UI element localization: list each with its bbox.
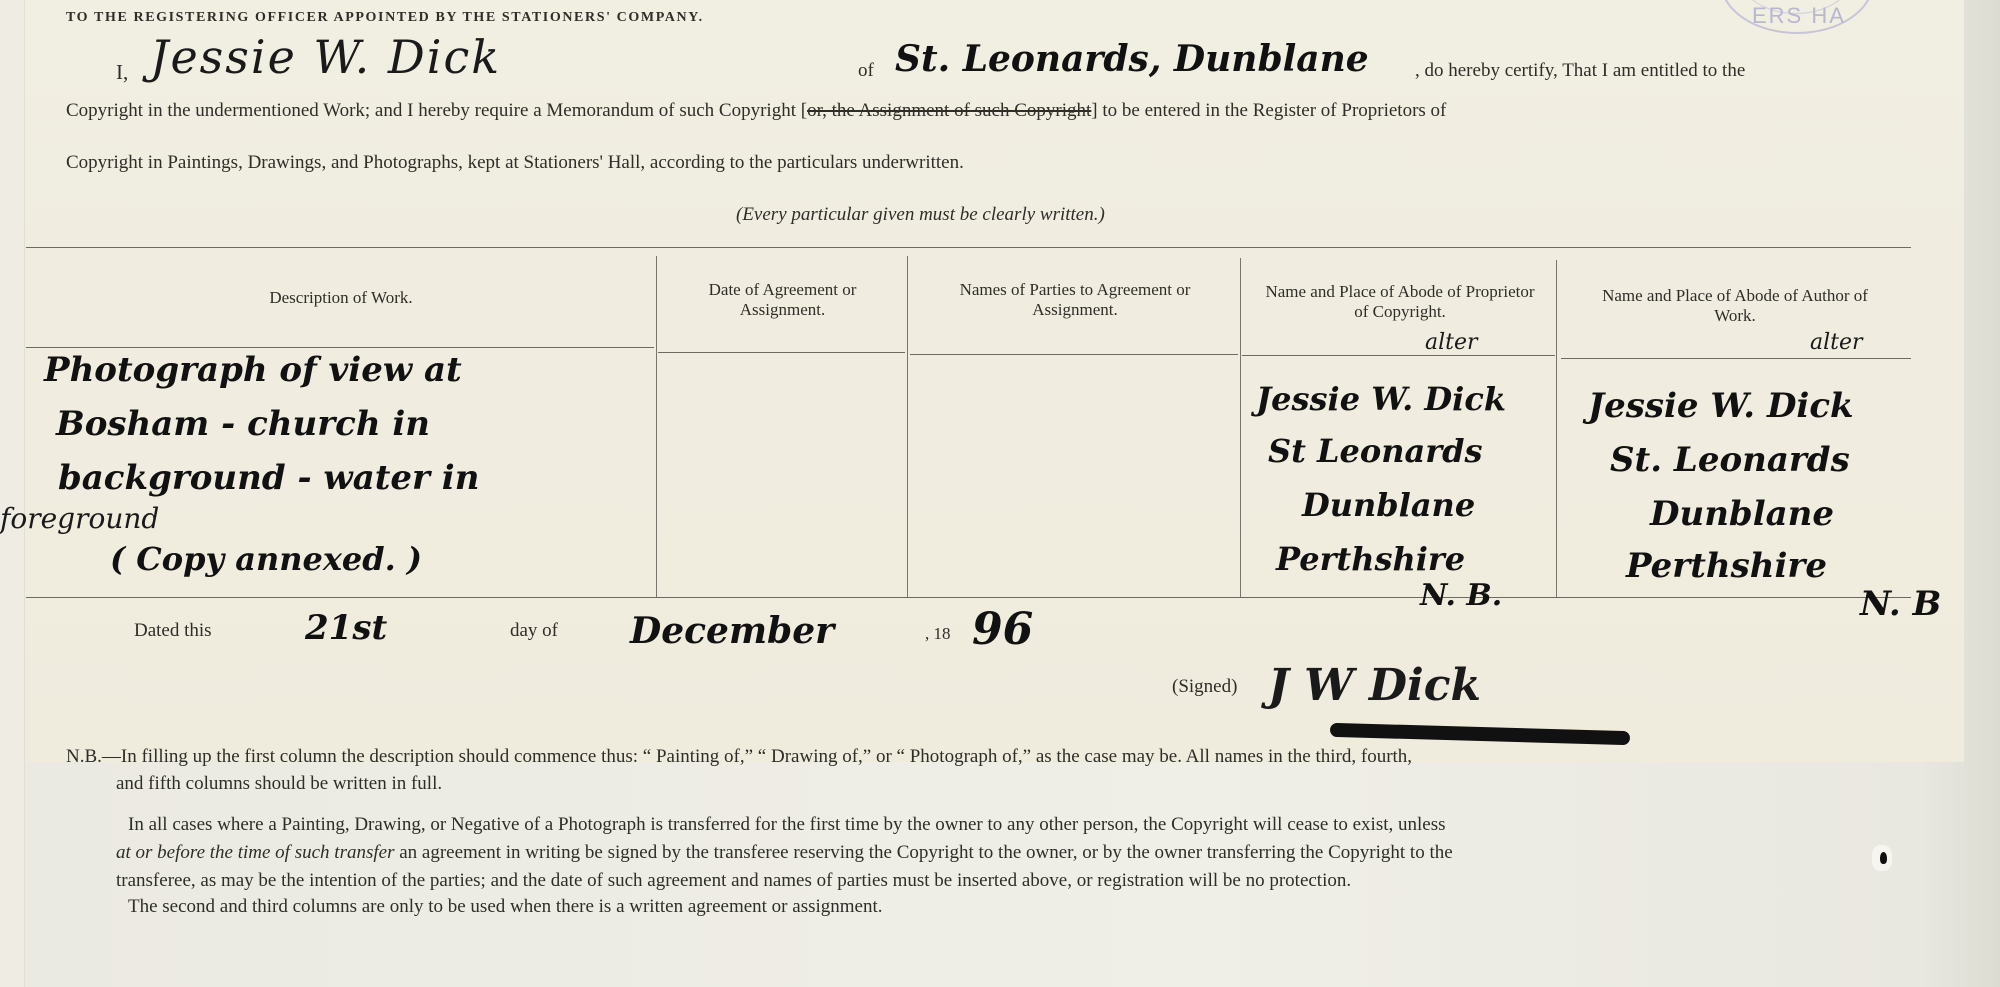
header-rule-col1 bbox=[26, 347, 654, 348]
year-suffix[interactable]: 96 bbox=[972, 604, 1033, 655]
nb-line-2: and fifth columns should be written in f… bbox=[116, 771, 442, 796]
table-bottom-rule bbox=[26, 597, 1911, 598]
notes-para-2-line-2-rest: an agreement in writing be signed by the… bbox=[394, 842, 1452, 863]
col-divider-1 bbox=[656, 256, 657, 597]
description-line-1[interactable]: Photograph of view at bbox=[44, 350, 462, 390]
col-divider-2 bbox=[907, 256, 908, 597]
notes-para-3: The second and third columns are only to… bbox=[128, 894, 883, 919]
copyright-line-2: Copyright in the undermentioned Work; an… bbox=[66, 100, 1446, 122]
form-heading: TO THE REGISTERING OFFICER APPOINTED BY … bbox=[66, 10, 704, 26]
col-divider-3 bbox=[1240, 258, 1241, 597]
header-author: Name and Place of Abode of Author of Wor… bbox=[1590, 286, 1880, 326]
nb-line-1: N.B.—In filling up the first column the … bbox=[66, 744, 1412, 769]
author-name[interactable]: Jessie W. Dick bbox=[1588, 386, 1854, 426]
proprietor-address-1[interactable]: St Leonards bbox=[1268, 432, 1482, 470]
col-divider-4 bbox=[1556, 260, 1557, 597]
proprietor-address-4[interactable]: N. B. bbox=[1420, 578, 1502, 613]
notes-para-2-line-2: at or before the time of such transfer a… bbox=[116, 840, 1453, 865]
description-line-2[interactable]: Bosham - church in bbox=[56, 404, 430, 444]
dated-month[interactable]: December bbox=[630, 610, 834, 652]
notes-para-2-line-3: transferee, as may be the intention of t… bbox=[116, 868, 1351, 893]
certify-text: , do hereby certify, That I am entitled … bbox=[1415, 60, 1745, 82]
dated-day[interactable]: 21st bbox=[305, 608, 387, 648]
description-line-4[interactable]: foreground bbox=[0, 502, 159, 535]
applicant-address[interactable]: St. Leonards, Dunblane bbox=[895, 38, 1369, 80]
dated-label: Dated this bbox=[134, 620, 212, 642]
ink-spot bbox=[1880, 852, 1887, 864]
names-of-parties-cell[interactable] bbox=[911, 360, 1238, 596]
applicant-name[interactable]: Jessie W. Dick bbox=[150, 30, 501, 84]
day-of-label: day of bbox=[510, 620, 558, 642]
author-insertion: alter bbox=[1810, 330, 1863, 355]
proprietor-address-3[interactable]: Perthshire bbox=[1276, 540, 1465, 578]
header-rule-col2 bbox=[658, 352, 905, 353]
of-label: of bbox=[858, 60, 874, 82]
signed-label: (Signed) bbox=[1172, 676, 1237, 698]
notes-para-2-line-1: In all cases where a Painting, Drawing, … bbox=[128, 812, 1446, 837]
copyright-line-3: Copyright in Paintings, Drawings, and Ph… bbox=[66, 152, 964, 174]
author-address-4[interactable]: N. B bbox=[1860, 584, 1941, 624]
paper-left-edge bbox=[0, 0, 25, 987]
author-address-1[interactable]: St. Leonards bbox=[1610, 440, 1850, 480]
year-prefix: , 18 bbox=[925, 624, 951, 644]
author-address-3[interactable]: Perthshire bbox=[1626, 546, 1827, 586]
line2-start: Copyright in the undermentioned Work; an… bbox=[66, 100, 807, 121]
header-names-of-parties: Names of Parties to Agreement or Assignm… bbox=[930, 280, 1220, 320]
description-line-5[interactable]: ( Copy annexed. ) bbox=[110, 540, 422, 578]
table-top-rule bbox=[26, 247, 1911, 248]
author-address-2[interactable]: Dunblane bbox=[1650, 494, 1834, 534]
i-label: I, bbox=[116, 60, 128, 85]
date-of-agreement-cell[interactable] bbox=[660, 360, 905, 596]
proprietor-name[interactable]: Jessie W. Dick bbox=[1256, 380, 1506, 418]
instruction-text: (Every particular given must be clearly … bbox=[736, 204, 1105, 226]
header-rule-col3 bbox=[910, 354, 1238, 355]
header-rule-col4 bbox=[1242, 355, 1555, 356]
italic-transfer-clause: at or before the time of such transfer bbox=[116, 842, 394, 863]
proprietor-insertion: alter bbox=[1425, 330, 1478, 355]
header-date-of-agreement: Date of Agreement or Assignment. bbox=[690, 280, 875, 320]
line2-end: ] to be entered in the Register of Propr… bbox=[1091, 100, 1446, 121]
description-line-3[interactable]: background - water in bbox=[58, 458, 479, 498]
header-description: Description of Work. bbox=[26, 288, 656, 308]
proprietor-address-2[interactable]: Dunblane bbox=[1302, 486, 1475, 524]
stamp-text: ERS HA bbox=[1752, 3, 1846, 29]
struck-assignment-text: or, the Assignment of such Copyright bbox=[807, 100, 1091, 121]
header-proprietor: Name and Place of Abode of Proprietor of… bbox=[1260, 282, 1540, 322]
header-rule-col5 bbox=[1561, 358, 1911, 359]
signature[interactable]: J W Dick bbox=[1268, 660, 1481, 711]
